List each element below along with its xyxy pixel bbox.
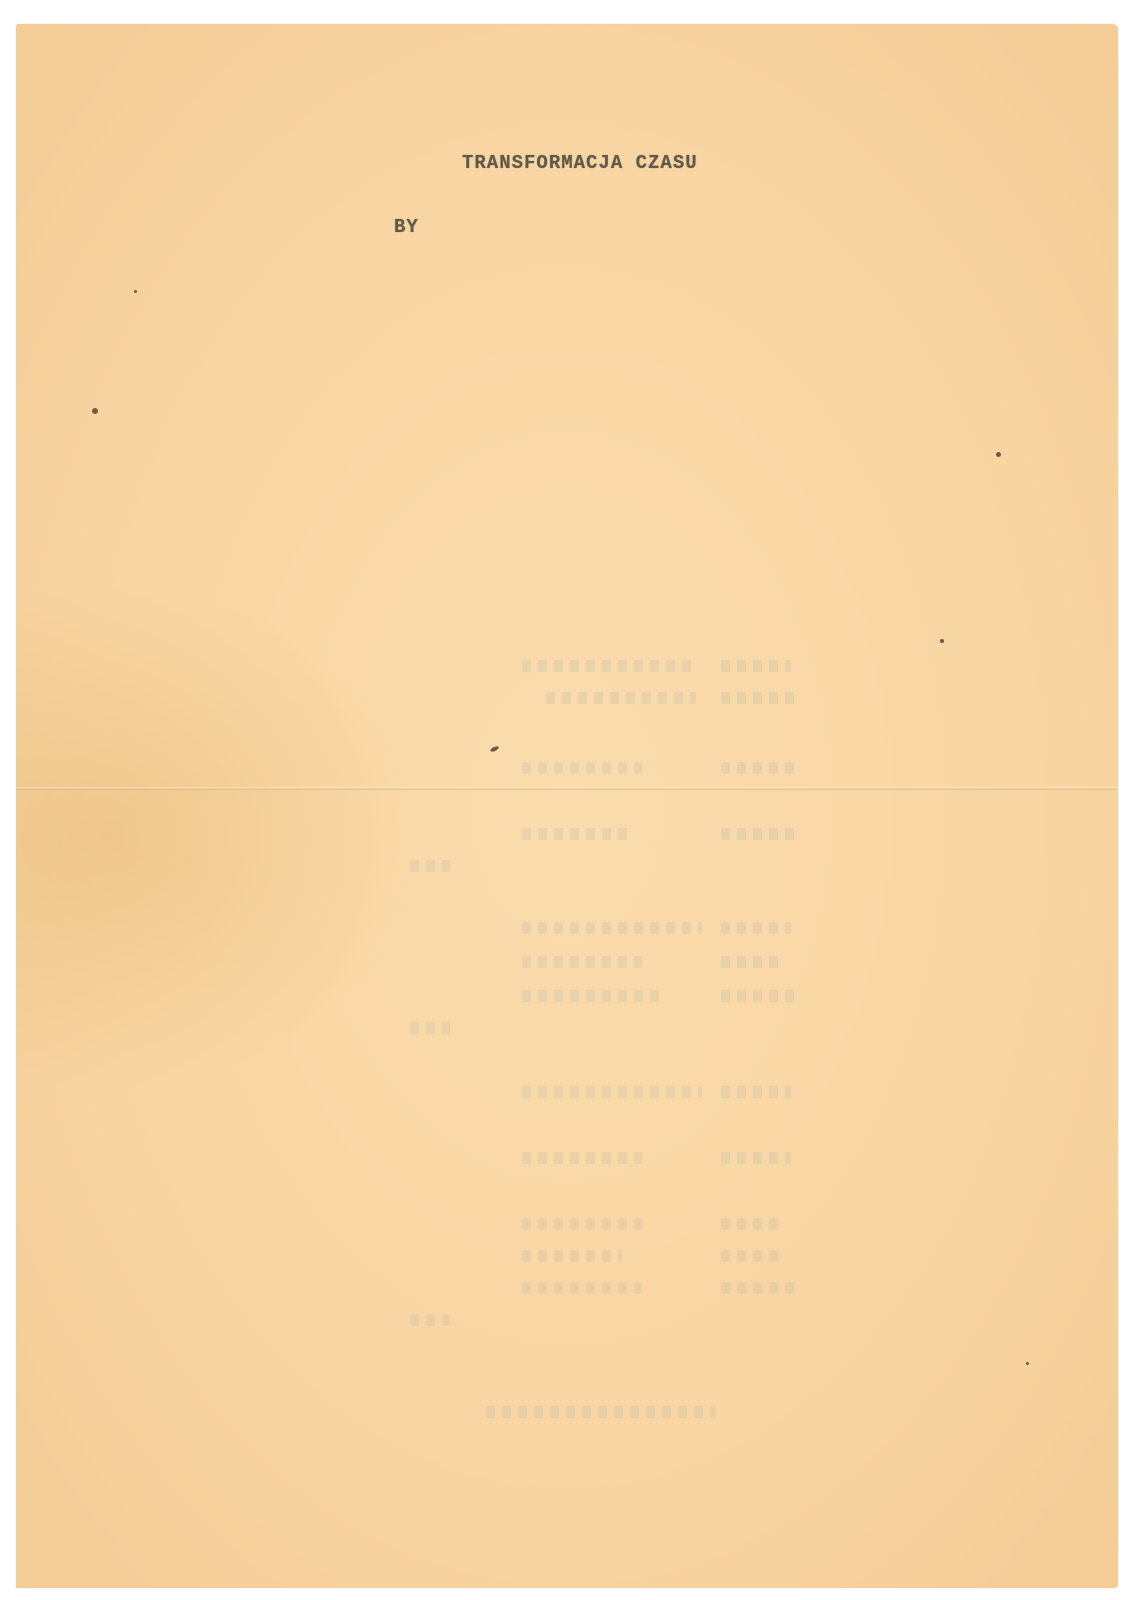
paper-speck bbox=[1026, 1362, 1029, 1365]
byline: BY bbox=[394, 216, 419, 238]
paper-speck bbox=[134, 290, 137, 293]
document-title: TRANSFORMACJA CZASU bbox=[462, 152, 698, 174]
paper-fold bbox=[16, 787, 1118, 790]
paper-speck bbox=[490, 745, 500, 752]
paper-speck bbox=[940, 639, 944, 643]
paper-sheet: TRANSFORMACJA CZASU BY bbox=[16, 24, 1118, 1588]
paper-speck bbox=[996, 452, 1001, 457]
paper-speck bbox=[92, 408, 98, 414]
